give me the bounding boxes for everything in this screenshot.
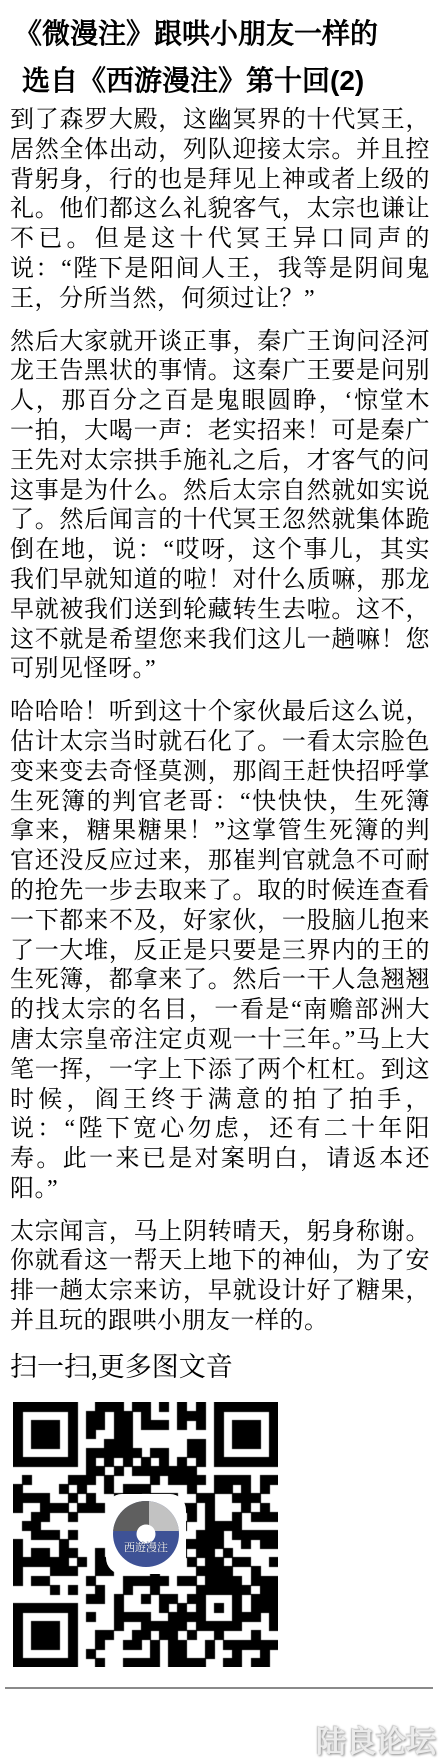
article-page: 《微漫注》跟哄小朋友一样的 选自《西游漫注》第十回(2) 到了森罗大殿，这幽冥界… — [0, 0, 440, 1760]
qr-logo-disc-icon: 西遊漫注 — [113, 1501, 179, 1567]
paragraph-4: 太宗闻言，马上阴转晴天，躬身称谢。你就看这一帮天上地下的神仙，为了安排一趟太宗来… — [10, 1218, 430, 1337]
paragraph-2: 然后大家就开谈正事，秦广王询问泾河龙王告黑状的事情。这秦广王要是问别人，那百分之… — [10, 328, 430, 686]
article-body: 到了森罗大殿，这幽冥界的十代冥王，居然全体出动，列队迎接太宗。并且控背躬身，行的… — [10, 106, 430, 1337]
article-header: 《微漫注》跟哄小朋友一样的 选自《西游漫注》第十回(2) — [0, 0, 440, 104]
page-title: 《微漫注》跟哄小朋友一样的 — [14, 10, 440, 57]
paragraph-1: 到了森罗大殿，这幽冥界的十代冥王，居然全体出动，列队迎接太宗。并且控背躬身，行的… — [10, 106, 430, 315]
qr-code: 西遊漫注 — [13, 1402, 278, 1667]
divider-line — [5, 1687, 433, 1689]
qr-logo-label: 西遊漫注 — [124, 1540, 168, 1554]
watermark: 陆良论坛 — [316, 1726, 436, 1760]
page-subtitle: 选自《西游漫注》第十回(2) — [14, 57, 440, 104]
paragraph-3: 哈哈哈！听到这十个家伙最后这么说，估计太宗当时就石化了。一看太宗脸色变来变去奇怪… — [10, 698, 430, 1205]
qr-logo: 西遊漫注 — [106, 1494, 186, 1574]
qr-caption: 扫一扫,更多图文音 — [10, 1350, 440, 1384]
